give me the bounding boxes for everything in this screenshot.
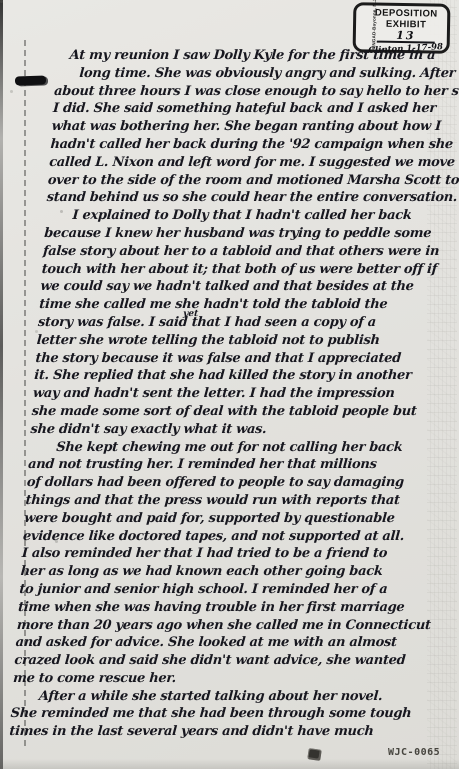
handwritten-line: and not trusting her. I reminded her tha… (27, 456, 446, 474)
handwritten-line: long time. She was obviously angry and s… (55, 65, 459, 83)
handwritten-line: and asked for advice. She looked at me w… (15, 634, 434, 652)
handwritten-line: crazed look and said she didn't want adv… (14, 652, 433, 670)
handwritten-line: letter she wrote telling the tabloid not… (36, 332, 455, 350)
handwritten-line: about three hours I was close enough to … (54, 83, 459, 101)
handwritten-line: way and hadn't sent the letter. I had th… (32, 385, 451, 403)
handwritten-line: I explained to Dolly that I hadn't calle… (45, 207, 459, 225)
handwritten-line: were bought and paid for, supported by q… (24, 510, 443, 528)
handwritten-line: we could say we hadn't talked and that b… (40, 278, 459, 296)
handwritten-line: it. She replied that she had killed the … (34, 367, 453, 385)
handwritten-line: things and that the press would run with… (25, 492, 444, 510)
handwritten-line: called L. Nixon and left word for me. I … (49, 154, 459, 172)
handwritten-line: she didn't say exactly what it was. (30, 421, 449, 439)
handwritten-line: more than 20 years ago when she called m… (16, 617, 435, 635)
handwritten-line: I did. She said something hateful back a… (52, 100, 459, 118)
scan-specks (0, 0, 3, 3)
handwritten-line: story was false. I said that I had seen … (37, 314, 456, 332)
deposition-label: DEPOSITION (365, 8, 447, 19)
handwritten-line: I also reminded her that I had tried to … (21, 545, 440, 563)
handwritten-line: times in the last several years and didn… (9, 723, 428, 741)
handwritten-line: She reminded me that she had been throug… (10, 705, 429, 723)
handwritten-letter-body: At my reunion I saw Dolly Kyle for the f… (9, 47, 459, 741)
page-bottom-shadow (0, 759, 459, 769)
handwritten-line: evidence like doctored tapes, and not su… (22, 528, 441, 546)
handwritten-line: me to come rescue her. (12, 670, 431, 688)
handwritten-line: After a while she started talking about … (11, 688, 430, 706)
scan-left-edge-artifact (0, 0, 3, 769)
handwritten-line: her as long as we had known each other g… (20, 563, 439, 581)
handwritten-line: time she called me she hadn't told the t… (39, 296, 458, 314)
handwritten-line: time when she was having trouble in her … (17, 599, 436, 617)
handwritten-line: because I knew her husband was trying to… (44, 225, 459, 243)
handwritten-line: she made some sort of deal with the tabl… (31, 403, 450, 421)
handwritten-line: the story because it was false and that … (35, 350, 454, 368)
handwritten-line: what was bothering her. She began rantin… (51, 118, 459, 136)
handwritten-line: of dollars had been offered to people to… (26, 474, 445, 492)
handwritten-line: At my reunion I saw Dolly Kyle for the f… (56, 47, 459, 65)
bates-number: WJC-0065 (388, 747, 440, 758)
handwritten-line: touch with her about it; that both of us… (41, 261, 459, 279)
handwritten-line: false story about her to a tabloid and t… (42, 243, 459, 261)
handwritten-line: over to the side of the room and motione… (47, 172, 459, 190)
handwritten-line: She kept chewing me out for not calling … (29, 439, 448, 457)
redaction-scribble (15, 75, 46, 85)
inserted-word: yet (183, 309, 199, 319)
handwritten-line: stand behind us so she could hear the en… (46, 189, 459, 207)
handwritten-line: to junior and senior high school. I remi… (19, 581, 438, 599)
handwritten-line: hadn't called her back during the '92 ca… (50, 136, 459, 154)
